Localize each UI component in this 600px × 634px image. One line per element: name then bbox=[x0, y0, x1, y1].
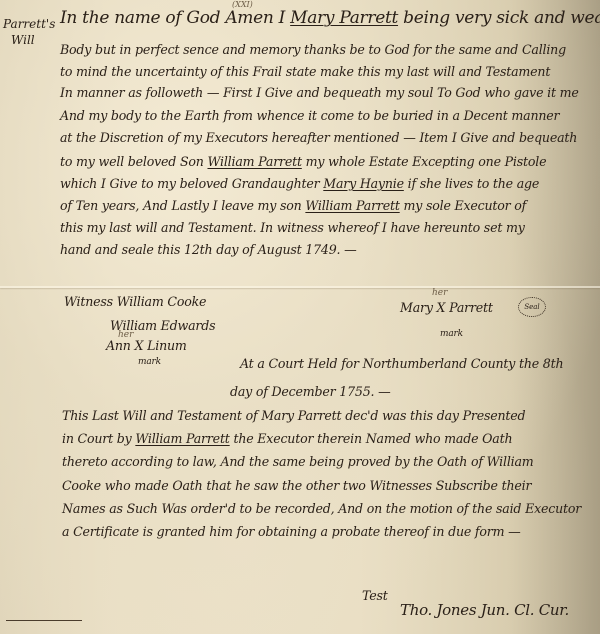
text-line: this my last will and Testament. In witn… bbox=[60, 222, 525, 235]
margin-note-line-2: Will bbox=[3, 32, 55, 48]
court-heading-line-1: At a Court Held for Northumberland Count… bbox=[240, 358, 563, 371]
text-line: to mind the uncertainty of this Frail st… bbox=[60, 66, 550, 79]
clerk-signature: Tho. Jones Jun. Cl. Cur. bbox=[400, 603, 569, 618]
margin-note: Parrett's Will bbox=[3, 16, 55, 48]
text-line: And my body to the Earth from whence it … bbox=[60, 110, 559, 123]
text-run: at the Discretion of my Executors hereaf… bbox=[60, 130, 577, 145]
witness-mark: mark bbox=[138, 358, 161, 367]
text-run: In manner as followeth — First I Give an… bbox=[60, 85, 579, 100]
text-run: to my well beloved Son bbox=[60, 154, 207, 169]
text-run: this my last will and Testament. In witn… bbox=[60, 220, 525, 235]
text-run: my whole Estate Excepting one Pistole bbox=[302, 154, 547, 169]
text-run: the Executor therein Named who made Oath bbox=[230, 431, 513, 446]
text-run: being very sick and weak of bbox=[398, 8, 600, 28]
margin-note-line-1: Parrett's bbox=[3, 16, 55, 32]
underlined-name: William Parrett bbox=[305, 198, 399, 213]
text-run: And my body to the Earth from whence it … bbox=[60, 108, 559, 123]
will-document-page: (XXI) Parrett's Will In the name of God … bbox=[0, 0, 600, 634]
text-line: Names as Such Was order'd to be recorded… bbox=[62, 503, 581, 516]
margin-rule bbox=[6, 620, 82, 621]
text-run: to mind the uncertainty of this Frail st… bbox=[60, 64, 550, 79]
text-line: In the name of God Amen I Mary Parrett b… bbox=[60, 10, 600, 27]
text-line: In manner as followeth — First I Give an… bbox=[60, 87, 579, 100]
text-run: which I Give to my beloved Grandaughter bbox=[60, 176, 323, 191]
text-run: Names as Such Was order'd to be recorded… bbox=[62, 501, 581, 516]
text-line: which I Give to my beloved Grandaughter … bbox=[60, 178, 539, 191]
text-line: Body but in perfect sence and memory tha… bbox=[60, 44, 566, 57]
text-line: hand and seale this 12th day of August 1… bbox=[60, 244, 357, 257]
text-run: if she lives to the age bbox=[404, 176, 539, 191]
text-line: a Certificate is granted him for obtaini… bbox=[62, 526, 521, 539]
testator-signature: Mary X Parrett bbox=[400, 302, 493, 315]
text-run: In the name of God Amen I bbox=[60, 8, 290, 28]
underlined-name: Mary Haynie bbox=[323, 176, 404, 191]
text-run: of Ten years, And Lastly I leave my son bbox=[60, 198, 305, 213]
witness-label: Witness bbox=[64, 294, 113, 309]
text-line: Cooke who made Oath that he saw the othe… bbox=[62, 480, 531, 493]
witness-name: Ann X Linum bbox=[106, 340, 187, 353]
text-line: at the Discretion of my Executors hereaf… bbox=[60, 132, 577, 145]
text-run: Body but in perfect sence and memory tha… bbox=[60, 42, 566, 57]
witness-line-1: Witness William Cooke bbox=[64, 296, 206, 309]
wax-seal-icon: Seal bbox=[518, 297, 546, 317]
text-run: thereto according to law, And the same b… bbox=[62, 454, 534, 469]
text-run: This Last Will and Testament of Mary Par… bbox=[62, 408, 525, 423]
attestation-test: Test bbox=[362, 590, 388, 603]
witness-name: William Cooke bbox=[117, 294, 207, 309]
text-run: in Court by bbox=[62, 431, 135, 446]
testator-mark: mark bbox=[440, 330, 463, 339]
text-line: to my well beloved Son William Parrett m… bbox=[60, 156, 546, 169]
text-run: Cooke who made Oath that he saw the othe… bbox=[62, 478, 531, 493]
testator-her: her bbox=[432, 288, 447, 298]
text-run: hand and seale this 12th day of August 1… bbox=[60, 242, 357, 257]
text-line: This Last Will and Testament of Mary Par… bbox=[62, 410, 525, 423]
text-run: my sole Executor of bbox=[400, 198, 526, 213]
court-heading-line-2: day of December 1755. — bbox=[230, 386, 391, 399]
underlined-name: William Parrett bbox=[135, 431, 229, 446]
text-line: thereto according to law, And the same b… bbox=[62, 456, 534, 469]
paper-fold-line bbox=[0, 286, 600, 288]
text-run: a Certificate is granted him for obtaini… bbox=[62, 524, 521, 539]
underlined-name: William Parrett bbox=[207, 154, 301, 169]
text-line: of Ten years, And Lastly I leave my son … bbox=[60, 200, 526, 213]
text-line: in Court by William Parrett the Executor… bbox=[62, 433, 512, 446]
underlined-name: Mary Parrett bbox=[290, 8, 398, 28]
